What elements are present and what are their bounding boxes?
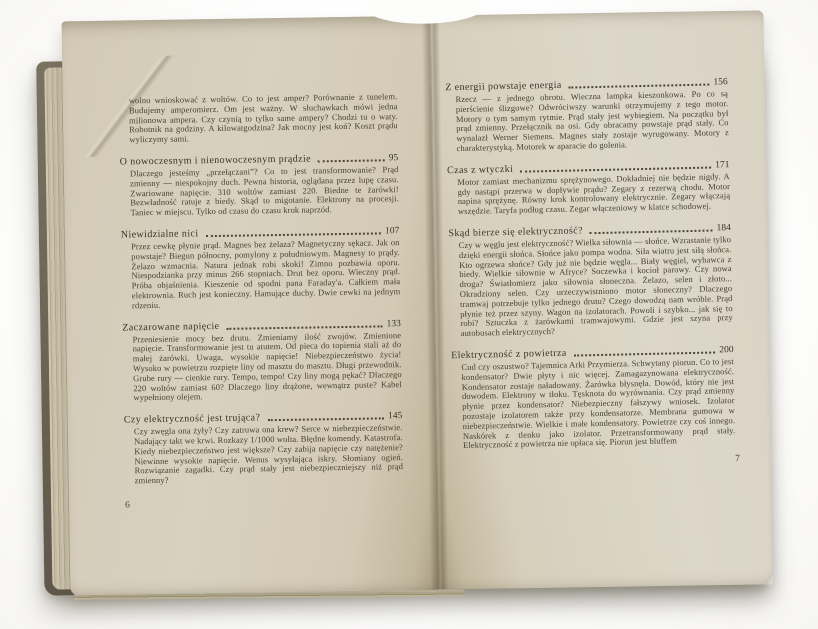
- dot-leader: [318, 159, 385, 162]
- toc-section: Elektryczność z powietrza 200 Cud czy os…: [451, 344, 736, 451]
- open-book: wolno wnioskować z woltów. Co to jest am…: [31, 0, 782, 610]
- toc-title: Czy elektryczność jest trująca?: [124, 412, 261, 425]
- toc-section: Skąd bierze się elektryczność? 184 Czy w…: [448, 222, 733, 339]
- toc-page-ref: 156: [713, 77, 727, 87]
- toc-page-ref: 145: [388, 411, 402, 421]
- left-page-intro-text: wolno wnioskować z woltów. Co to jest am…: [129, 92, 398, 145]
- toc-page-ref: 95: [389, 153, 399, 163]
- toc-title: Czas z wtyczki: [447, 164, 513, 176]
- photo-background: wolno wnioskować z woltów. Co to jest am…: [0, 0, 818, 629]
- toc-page-ref: 171: [715, 160, 729, 170]
- right-page-folio: 7: [453, 454, 740, 470]
- toc-section: Z energii powstaje energia 156 Rzecz — z…: [445, 76, 729, 154]
- dot-leader: [267, 417, 384, 421]
- toc-summary: Motor zamiast mechanizmu sprężynowego. D…: [457, 172, 730, 217]
- toc-section: Czas z wtyczki 171 Motor zamiast mechani…: [447, 159, 731, 217]
- toc-page-ref: 133: [387, 319, 401, 329]
- toc-section: Niewidzialne nici 107 Przez cewkę płynie…: [121, 225, 401, 311]
- right-page: Z energii powstaje energia 156 Rzecz — z…: [430, 10, 772, 589]
- toc-summary: Rzecz — z jednego obrotu. Wieczna lampka…: [455, 89, 729, 154]
- dot-leader: [589, 229, 712, 234]
- toc-summary: Czy w węglu jest elektryczność? Wielka s…: [458, 235, 733, 339]
- dot-leader: [573, 351, 715, 356]
- toc-section: O nowoczesnym i nienowoczesnym prądzie 9…: [120, 152, 399, 218]
- dot-leader: [206, 232, 382, 237]
- toc-title: Niewidzialne nici: [121, 228, 199, 240]
- toc-page-ref: 107: [385, 226, 399, 236]
- toc-summary: Przeniesienie mocy bez drutu. Zmieniamy …: [132, 331, 402, 404]
- toc-page-ref: 184: [716, 223, 730, 233]
- toc-title: Zaczarowane napięcie: [122, 320, 219, 333]
- toc-page-ref: 200: [719, 345, 733, 355]
- page-spread: wolno wnioskować z woltów. Co to jest am…: [62, 10, 773, 595]
- toc-section: Czy elektryczność jest trująca? 145 Czy …: [124, 410, 404, 486]
- dot-leader: [226, 325, 382, 329]
- toc-summary: Przez cewkę płynie prąd. Magnes bez żela…: [131, 238, 401, 311]
- toc-summary: Dlaczego jesteśmy „przełączani”? Co to j…: [130, 165, 399, 218]
- left-page-folio: 6: [125, 496, 404, 510]
- toc-summary: Cud czy oszustwo? Tajemnica Arki Przymie…: [461, 357, 735, 451]
- toc-section: Zaczarowane napięcie 133 Przeniesienie m…: [122, 318, 402, 404]
- left-page: wolno wnioskować z woltów. Co to jest am…: [62, 16, 440, 596]
- dot-leader: [568, 84, 709, 89]
- toc-summary: Czy zwęgla ona żyły? Czy zatruwa ona kre…: [134, 423, 403, 486]
